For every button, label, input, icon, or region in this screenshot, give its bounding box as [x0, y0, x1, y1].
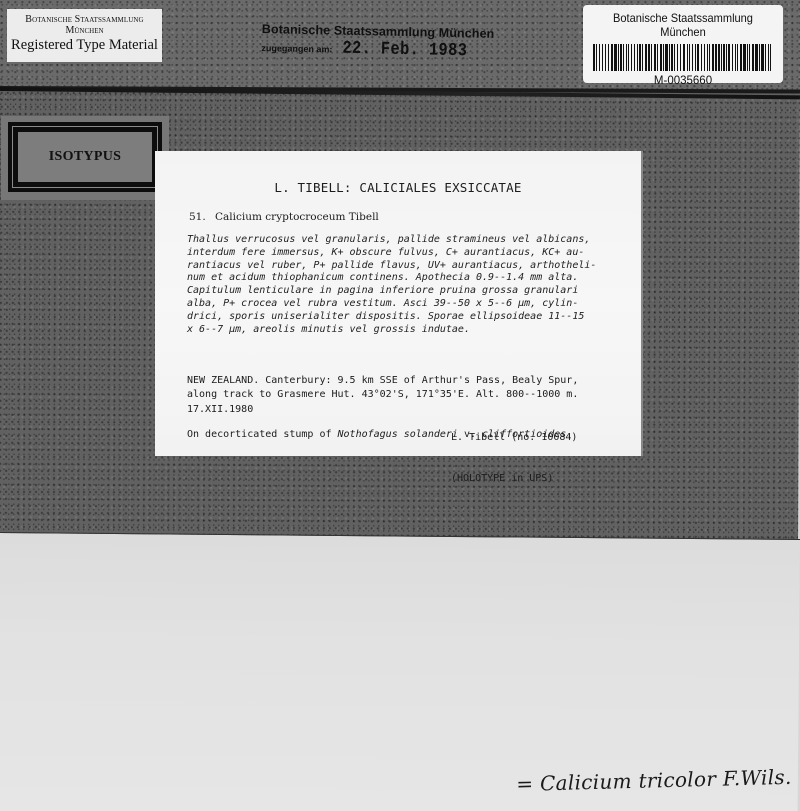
locality-lines: NEW ZEALAND. Canterbury: 9.5 km SSE of A… [187, 374, 637, 401]
barcode-icon [593, 44, 773, 71]
isotypus-frame: ISOTYPUS [8, 122, 162, 192]
institution-city: München [7, 25, 162, 36]
stamp-received-label: zugegangen am: [261, 43, 332, 54]
collector-block: L. Tibell (no. 10084) (HOLOTYPE in UPS) [451, 404, 577, 512]
registered-type-material-label: Botanische Staatssammlung München Regist… [7, 9, 162, 62]
description-line: interdum fere immersus, K+ obscure fulvu… [187, 247, 637, 260]
description-line: drici, sporis uniserialiter dispositis. … [187, 311, 637, 324]
species-line: 51.Calicium cryptocroceum Tibell [189, 211, 379, 223]
description-line: num et acidum thiophanicum continens. Ap… [187, 272, 637, 285]
received-stamp: Botanische Staatssammlung München zugega… [261, 22, 494, 62]
locality-line: along track to Grasmere Hut. 43°02'S, 17… [187, 388, 637, 402]
exsiccata-number: 51. [189, 211, 215, 223]
species-name: Calicium cryptocroceum Tibell [215, 211, 379, 223]
description-line: alba, P+ crocea vel rubra vestitum. Asci… [187, 298, 637, 311]
accession-number: M-0035660 [583, 75, 783, 87]
description-line: Capitulum lenticulare in pagina inferior… [187, 285, 637, 298]
exsiccata-title: L. TIBELL: CALICIALES EXSICCATAE [155, 180, 641, 195]
description-line: x 6--7 µm, areolis minutis vel grossis i… [187, 324, 637, 337]
species-description: Thallus verrucosus vel granularis, palli… [187, 234, 637, 336]
registered-type-text: Registered Type Material [7, 37, 162, 54]
barcode-institution: Botanische Staatssammlung München [591, 11, 775, 39]
description-line: rantiacus vel ruber, P+ pallide flavus, … [187, 260, 637, 273]
collection-date: 17.XII.1980 [187, 404, 253, 415]
description-line: Thallus verrucosus vel granularis, palli… [187, 234, 637, 247]
collector: L. Tibell (no. 10084) [451, 431, 577, 445]
isotypus-text: ISOTYPUS [18, 132, 152, 182]
barcode-label: Botanische Staatssammlung München M-0035… [583, 5, 783, 83]
locality-line: NEW ZEALAND. Canterbury: 9.5 km SSE of A… [187, 374, 637, 388]
stamp-date: 22. Feb. 1983 [342, 39, 467, 62]
isotypus-label: ISOTYPUS [1, 116, 169, 200]
holotype-note: (HOLOTYPE in UPS) [451, 472, 577, 486]
institution-name: Botanische Staatssammlung [7, 14, 162, 25]
specimen-label: L. TIBELL: CALICIALES EXSICCATAE 51.Cali… [155, 151, 643, 456]
